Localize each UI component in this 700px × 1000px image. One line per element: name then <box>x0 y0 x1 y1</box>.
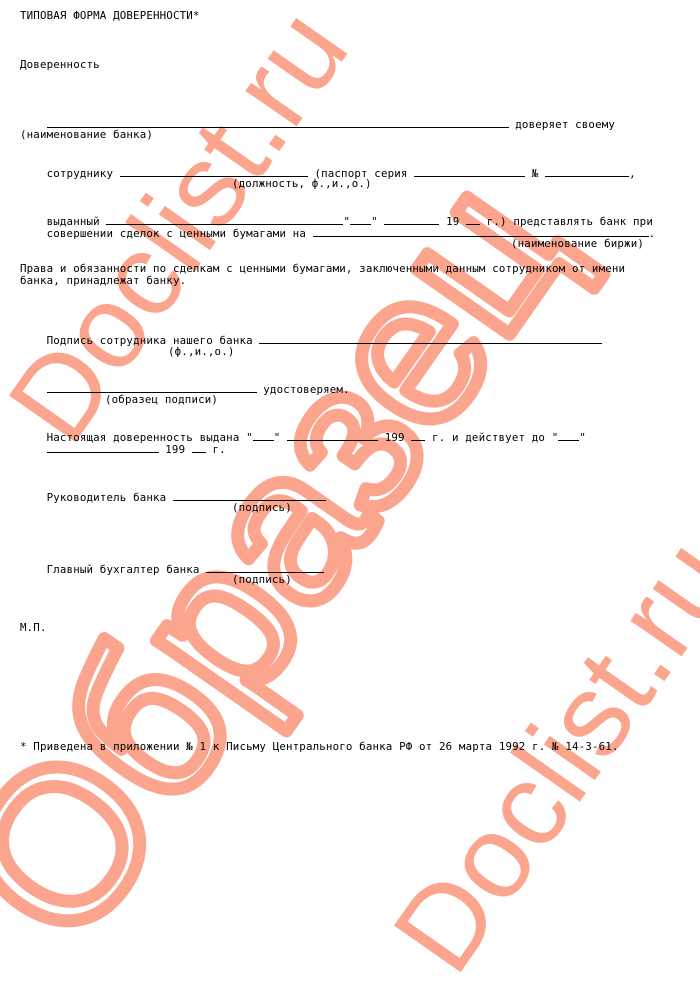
issue-month-blank[interactable] <box>287 430 378 441</box>
year-prefix: 199 <box>385 431 405 444</box>
quote: " <box>246 431 253 444</box>
quote: " <box>274 431 281 444</box>
trusts-text: доверяет своему <box>515 118 615 131</box>
quote: " <box>579 431 586 444</box>
employee-blank[interactable] <box>120 166 308 177</box>
certify-label: удостоверяем. <box>263 383 349 396</box>
form-title: ТИПОВАЯ ФОРМА ДОВЕРЕННОСТИ* <box>20 10 200 22</box>
sample-signature-caption: (образец подписи) <box>105 394 218 406</box>
quote: " <box>552 431 559 444</box>
chief-accountant-signature-blank[interactable] <box>206 562 324 573</box>
bank-name-blank[interactable] <box>47 117 509 128</box>
employee-signature-line: Подпись сотрудника нашего банка <box>20 321 602 359</box>
period: . <box>649 227 656 240</box>
exchange-blank[interactable] <box>313 226 649 237</box>
number-sign: № <box>532 167 539 180</box>
heading: Доверенность <box>20 59 100 71</box>
watermark-right: Doclist.ru <box>368 516 700 995</box>
head-of-bank-signature-blank[interactable] <box>173 490 326 501</box>
accountant-signature-caption: (подпись) <box>232 574 292 586</box>
sample-signature-blank[interactable] <box>47 382 257 393</box>
head-of-bank-label: Руководитель банка <box>47 491 167 504</box>
passport-number-blank[interactable] <box>545 166 629 177</box>
valid-until-text: г. и действует до <box>432 431 545 444</box>
until-month-blank[interactable] <box>47 442 159 453</box>
footnote: * Приведена в приложении № 1 к Письму Це… <box>20 741 619 753</box>
head-signature-caption: (подпись) <box>232 502 292 514</box>
until-year-blank[interactable] <box>192 442 206 453</box>
rights-line-2: банка, принадлежат банку. <box>20 275 186 287</box>
issue-day-blank[interactable] <box>253 430 274 441</box>
year-end: г. <box>213 443 226 456</box>
fio-caption: (ф.,и.,о.) <box>168 346 235 358</box>
exchange-caption: (наименование биржи) <box>511 238 644 250</box>
comma: , <box>629 167 636 180</box>
employee-label: сотруднику <box>47 167 114 180</box>
year-prefix: 199 <box>165 443 185 456</box>
until-day-blank[interactable] <box>558 430 579 441</box>
validity-line-2: 199 г. <box>20 430 226 468</box>
seal-mark: М.П. <box>20 622 47 634</box>
bank-name-caption: (наименование банка) <box>20 129 153 141</box>
passport-series-blank[interactable] <box>414 166 525 177</box>
chief-accountant-label: Главный бухгалтер банка <box>47 563 200 576</box>
issue-year-blank[interactable] <box>411 430 425 441</box>
position-caption: (должность, ф.,и.,о.) <box>232 178 372 190</box>
employee-signature-blank[interactable] <box>259 333 602 344</box>
deals-text: совершении сделок с ценными бумагами на <box>47 227 306 240</box>
